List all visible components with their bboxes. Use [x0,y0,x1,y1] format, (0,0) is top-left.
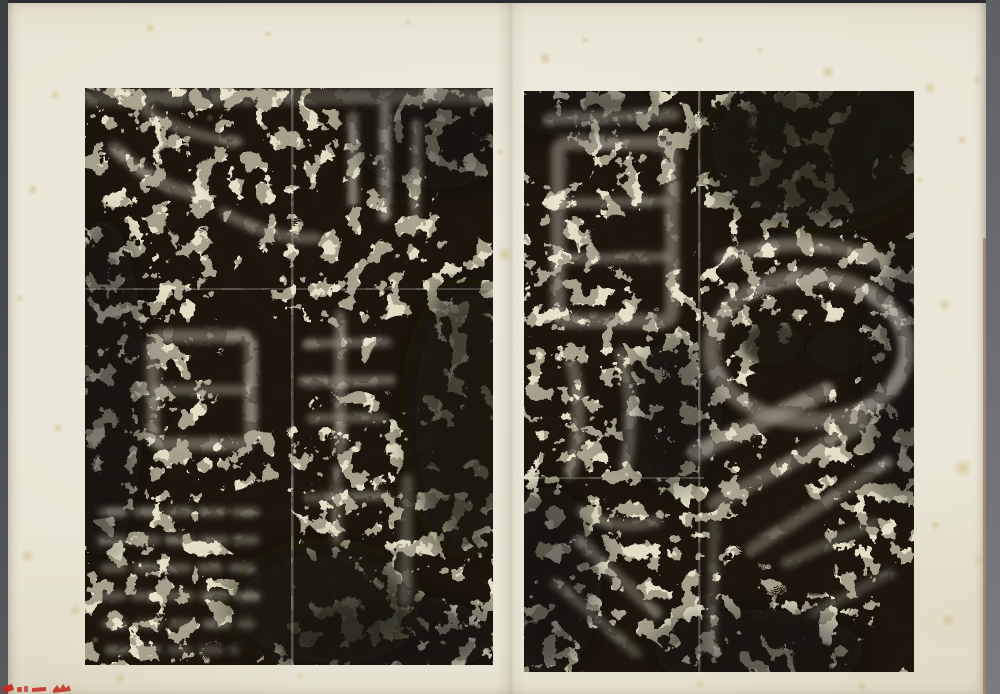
foxing-spot [65,600,85,620]
foxing-spot [920,78,940,98]
foxing-spot [25,182,41,198]
foxing-spot [754,44,766,56]
foxing-spot [535,48,555,68]
foxing-spot [50,420,66,436]
left-rubbing-panel [85,88,493,665]
rubbing-album-photo [0,0,1000,694]
foxing-spot [294,670,306,682]
foxing-spot [579,34,591,46]
foxing-spot [914,174,926,186]
foxing-spot [402,16,414,28]
foxing-spot [89,634,101,646]
foxing-spot [854,678,870,694]
foxing-spot [927,517,943,533]
foxing-spot [262,28,274,40]
foxing-spot [954,132,970,148]
foxing-spot [47,87,63,103]
foxing-spot [17,546,37,566]
foxing-spot [14,292,26,304]
album-cover-edge [983,238,986,694]
backdrop-top-edge [0,0,1000,3]
foxing-spot [935,295,955,315]
foxing-spot [142,20,158,36]
foxing-spot [694,34,706,46]
foxing-spot [949,454,977,482]
foxing-spot [493,242,517,266]
foxing-spot [204,112,216,124]
foxing-spot [970,72,986,88]
foxing-spot [938,610,958,630]
red-collector-mark [1,683,79,694]
right-rubbing-panel [524,91,914,672]
ink-regrain-layer [524,91,914,672]
center-fold [496,3,524,694]
backdrop-right-edge [986,0,1000,694]
left-rubbing-texture [85,88,493,665]
foxing-spot [818,62,838,82]
backdrop-left-edge [0,0,8,694]
red-mark-fragments [2,684,71,693]
foxing-spot [692,676,708,692]
foxing-spot [112,670,128,686]
album-page [8,3,986,694]
right-rubbing-texture [524,91,914,672]
foxing-spot [494,146,506,158]
ink-regrain-layer [85,88,493,665]
